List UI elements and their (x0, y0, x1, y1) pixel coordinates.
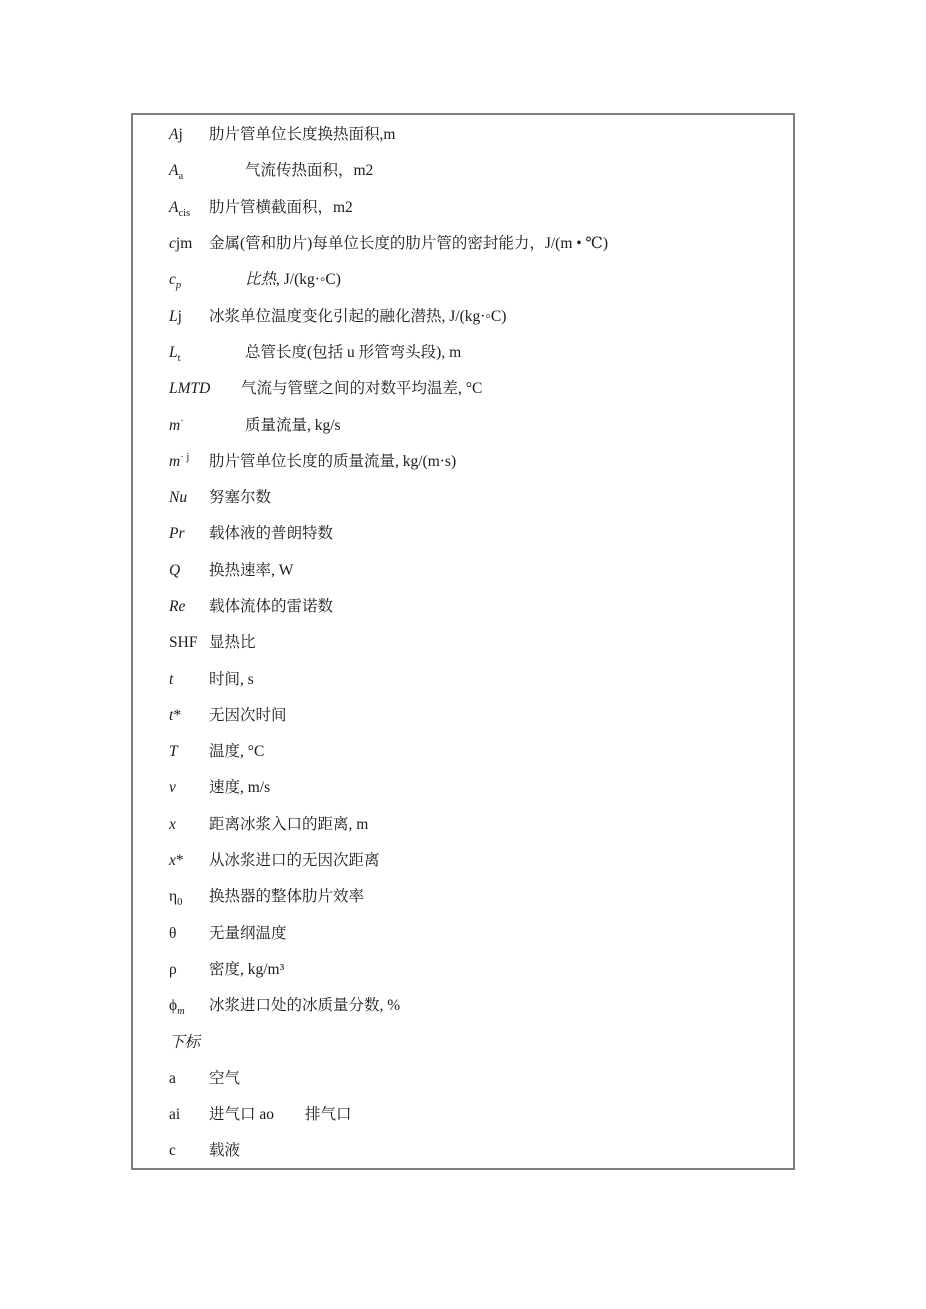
entry-definition: 从冰浆进口的无因次距离 (209, 851, 380, 871)
entry-symbol: x (169, 815, 209, 835)
entry-definition: 距离冰浆入口的距离, m (209, 815, 368, 835)
nomenclature-entry: Q换热速率, W (169, 553, 783, 589)
entry-definition: 时间, s (209, 670, 254, 690)
nomenclature-entry: v速度, m/s (169, 770, 783, 806)
entry-definition: 质量流量, kg/s (245, 416, 341, 436)
entry-definition: 无量纲温度 (209, 924, 287, 944)
entry-symbol: Pr (169, 524, 209, 544)
entry-definition: 总管长度(包括 u 形管弯头段), m (245, 343, 461, 363)
nomenclature-entry: Acis肋片管横截面积，m2 (169, 190, 783, 226)
entry-symbol: T (169, 742, 209, 762)
nomenclature-entry: Aa气流传热面积，m2 (169, 153, 783, 189)
entry-symbol: m· (169, 416, 245, 436)
nomenclature-entry: x*从冰浆进口的无因次距离 (169, 843, 783, 879)
nomenclature-entry: ai进气口 ao 排气口 (169, 1097, 783, 1133)
entry-symbol: Q (169, 561, 209, 581)
entry-definition: 无因次时间 (209, 706, 287, 726)
entry-definition: 载体液的普朗特数 (209, 524, 333, 544)
entry-definition: 肋片管横截面积，m2 (209, 198, 353, 218)
entry-definition: 空气 (209, 1069, 240, 1089)
nomenclature-entry: t时间, s (169, 661, 783, 697)
entry-definition: 金属(管和肋片)每单位长度的肋片管的密封能力，J/(m • ℃) (209, 234, 608, 254)
nomenclature-entry: cjm金属(管和肋片)每单位长度的肋片管的密封能力，J/(m • ℃) (169, 226, 783, 262)
entry-symbol: t (169, 670, 209, 690)
nomenclature-entry: ρ密度, kg/m³ (169, 952, 783, 988)
entry-symbol: ϕm (169, 996, 209, 1016)
entry-symbol: Aj (169, 125, 209, 145)
entry-definition: 显热比 (209, 633, 256, 653)
entry-definition: 努塞尔数 (209, 488, 271, 508)
nomenclature-entry: Pr载体液的普朗特数 (169, 516, 783, 552)
entry-symbol: ρ (169, 960, 209, 980)
entry-symbol: θ (169, 924, 209, 944)
entry-definition: 肋片管单位长度的质量流量, kg/(m·s) (209, 452, 456, 472)
nomenclature-entry: T温度, °C (169, 734, 783, 770)
entry-symbol: Lt (169, 343, 245, 363)
entry-definition: 载体流体的雷诺数 (209, 597, 333, 617)
nomenclature-entry: m· j肋片管单位长度的质量流量, kg/(m·s) (169, 444, 783, 480)
entry-symbol: Lj (169, 307, 209, 327)
nomenclature-entry: SHF显热比 (169, 625, 783, 661)
nomenclature-entry: Aj肋片管单位长度换热面积,m (169, 117, 783, 153)
nomenclature-entry: cp比热, J/(kg·◦C) (169, 262, 783, 298)
nomenclature-entry: m·质量流量, kg/s (169, 407, 783, 443)
entry-symbol: 下标 (169, 1033, 209, 1053)
nomenclature-entry: c载液 (169, 1133, 783, 1169)
nomenclature-entry: Re载体流体的雷诺数 (169, 589, 783, 625)
entry-definition: 换热器的整体肋片效率 (209, 887, 364, 907)
nomenclature-entry: ϕm冰浆进口处的冰质量分数, % (169, 988, 783, 1024)
entry-symbol: Aa (169, 161, 245, 181)
nomenclature-box: Aj肋片管单位长度换热面积,mAa气流传热面积，m2Acis肋片管横截面积，m2… (131, 113, 795, 1170)
nomenclature-entry: θ无量纲温度 (169, 916, 783, 952)
entry-symbol: SHF (169, 633, 209, 653)
entry-symbol: Nu (169, 488, 209, 508)
nomenclature-entry: η0换热器的整体肋片效率 (169, 879, 783, 915)
nomenclature-entry: Lj冰浆单位温度变化引起的融化潜热, J/(kg·◦C) (169, 298, 783, 334)
entry-symbol: m· j (169, 452, 209, 472)
entry-symbol: η0 (169, 887, 209, 907)
entry-definition: 气流与管壁之间的对数平均温差, °C (241, 379, 482, 399)
nomenclature-entry: Lt总管长度(包括 u 形管弯头段), m (169, 335, 783, 371)
entry-symbol: cjm (169, 234, 209, 254)
entry-symbol: t* (169, 706, 209, 726)
entry-definition: 肋片管单位长度换热面积,m (209, 125, 395, 145)
entry-symbol: a (169, 1069, 209, 1089)
entry-definition: 密度, kg/m³ (209, 960, 284, 980)
entry-symbol: x* (169, 851, 209, 871)
entry-symbol: Re (169, 597, 209, 617)
nomenclature-entry: Nu努塞尔数 (169, 480, 783, 516)
entry-definition: 冰浆进口处的冰质量分数, % (209, 996, 400, 1016)
entry-definition: 比热, J/(kg·◦C) (245, 270, 341, 290)
entry-symbol: Acis (169, 198, 209, 218)
entry-symbol: v (169, 778, 209, 798)
subscripts-section-header: 下标 (169, 1024, 783, 1060)
entry-definition: 载液 (209, 1141, 240, 1161)
entry-definition: 气流传热面积，m2 (245, 161, 373, 181)
entry-definition: 换热速率, W (209, 561, 293, 581)
entry-definition: 速度, m/s (209, 778, 270, 798)
entry-definition: 进气口 ao 排气口 (209, 1105, 352, 1125)
nomenclature-entry: LMTD气流与管壁之间的对数平均温差, °C (169, 371, 783, 407)
nomenclature-entry: a空气 (169, 1061, 783, 1097)
entry-symbol: c (169, 1141, 209, 1161)
entry-definition: 冰浆单位温度变化引起的融化潜热, J/(kg·◦C) (209, 307, 506, 327)
entry-symbol: LMTD (169, 379, 241, 399)
entry-symbol: cp (169, 270, 245, 290)
nomenclature-entry: t*无因次时间 (169, 698, 783, 734)
nomenclature-entry: x距离冰浆入口的距离, m (169, 807, 783, 843)
entry-symbol: ai (169, 1105, 209, 1125)
entry-definition: 温度, °C (209, 742, 264, 762)
